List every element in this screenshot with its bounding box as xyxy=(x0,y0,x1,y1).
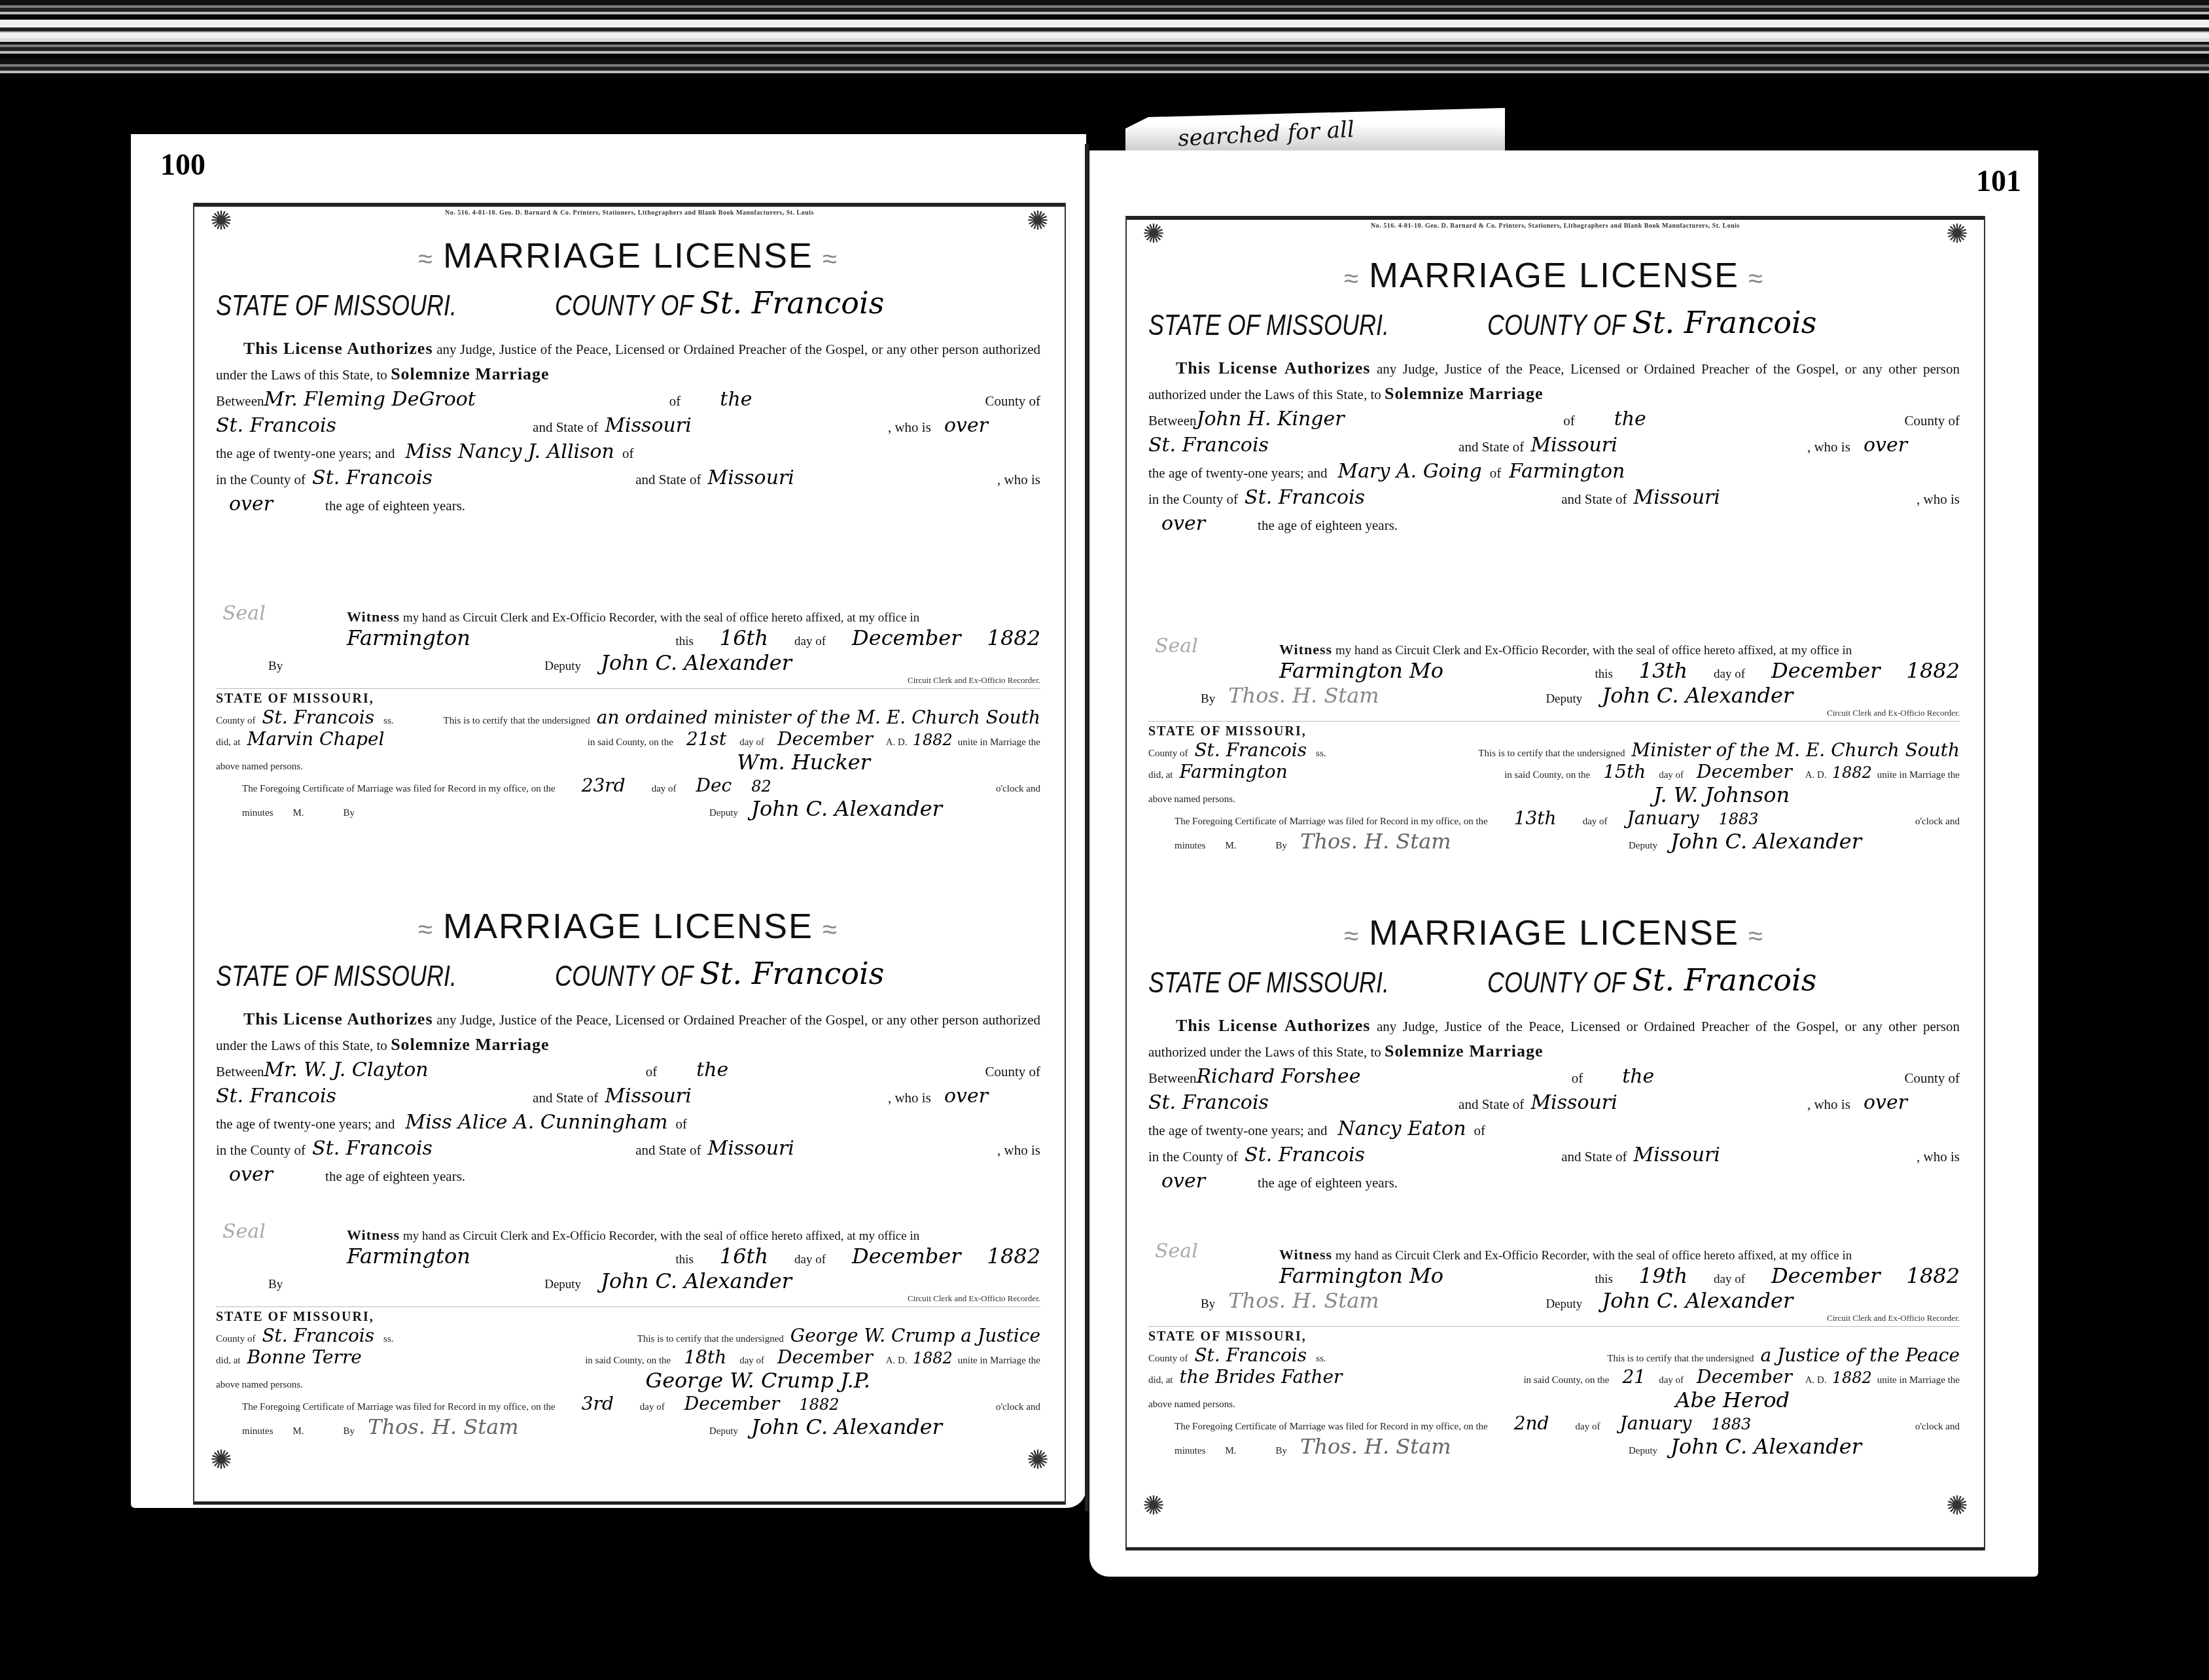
who-is-label: , who is xyxy=(1917,487,1960,512)
bride-age-line: over the age of eighteen years. xyxy=(216,492,1040,518)
state-county-row: STATE OF MISSOURI. COUNTY OF St. Francoi… xyxy=(1148,305,1960,340)
day-of-label: day of xyxy=(794,1253,826,1267)
ad-label: A. D. xyxy=(886,1356,908,1367)
filed-by-signature: Thos. H. Stam xyxy=(1300,1434,1451,1459)
bride-state: Missouri xyxy=(707,466,794,491)
book-gutter xyxy=(1085,144,1089,1511)
form-rule xyxy=(1127,1547,1984,1550)
groom-state: Missouri xyxy=(605,413,691,438)
in-county-of-label: in the County of xyxy=(1148,1144,1238,1169)
license-header-block: ≈MARRIAGE LICENSE≈ STATE OF MISSOURI. CO… xyxy=(1148,913,1960,1195)
filed-month: January xyxy=(1627,807,1699,829)
bride-residence-line: in the County of St. Francois and State … xyxy=(216,1136,1040,1163)
license-title-text: MARRIAGE LICENSE xyxy=(1369,256,1739,295)
filed-signature-line: minutes M. By Thos. H. Stam Deputy John … xyxy=(1148,1434,1960,1459)
clerk-signature: John C. Alexander xyxy=(1602,683,1793,708)
certificate-state: STATE OF MISSOURI, xyxy=(1148,1329,1307,1344)
bride-county: St. Francois xyxy=(312,466,433,491)
authorization-text: This License Authorizes any Judge, Justi… xyxy=(1148,356,1960,538)
authorization-lead: This License Authorizes xyxy=(243,1009,433,1028)
day-of-label: day of xyxy=(1583,816,1608,828)
by-label: By xyxy=(1276,1446,1288,1457)
between-label: Between xyxy=(1148,1066,1196,1091)
age-18-label: the age of eighteen years. xyxy=(325,493,465,518)
of-label: of xyxy=(1474,1118,1485,1143)
day-of-label: day of xyxy=(1659,1375,1684,1386)
age-18-label: the age of eighteen years. xyxy=(325,1164,465,1189)
certificate-line-2: did, at Bonne Terre in said County, on t… xyxy=(216,1346,1040,1368)
license-title: ≈MARRIAGE LICENSE≈ xyxy=(216,236,1040,276)
oclock-label: o'clock and xyxy=(996,1402,1040,1413)
authorization-paragraph: This License Authorizes any Judge, Justi… xyxy=(1148,1013,1960,1064)
deputy-label: Deputy xyxy=(544,659,581,674)
state-label: STATE OF MISSOURI. xyxy=(1148,308,1389,343)
authorization-paragraph: This License Authorizes any Judge, Justi… xyxy=(216,1007,1040,1058)
certify-label: This is to certify that the undersigned xyxy=(1478,748,1625,760)
filed-signature-line: minutes M. By Deputy John C. Alexander xyxy=(216,796,1040,821)
ceremony-day: 21st xyxy=(686,728,726,750)
age-21-label: the age of twenty-one years; and xyxy=(1148,1118,1327,1143)
filed-year: 82 xyxy=(751,777,771,796)
groom-name: Mr. W. J. Clayton xyxy=(264,1058,428,1083)
witness-block: Seal Witness my hand as Circuit Clerk an… xyxy=(216,608,1040,821)
scanner-noise-line xyxy=(0,20,2209,27)
certificate-state: STATE OF MISSOURI, xyxy=(216,691,374,707)
officiant: a Justice of the Peace xyxy=(1760,1344,1960,1366)
bride-age: over xyxy=(1161,512,1205,536)
ad-label: A. D. xyxy=(1805,770,1827,781)
certificate-header: STATE OF MISSOURI, xyxy=(1148,724,1960,739)
cert-county-label: County of xyxy=(1148,1354,1188,1365)
county-value: St. Francois xyxy=(1632,962,1816,998)
authorization-paragraph: This License Authorizes any Judge, Justi… xyxy=(1148,356,1960,407)
printer-imprint: No. 516. 4-81-10. Geo. D. Barnard & Co. … xyxy=(1127,222,1984,230)
m-label: M. xyxy=(293,1426,304,1437)
seal-mark: Seal xyxy=(222,1220,266,1243)
flourish-icon: ≈ xyxy=(1344,922,1360,951)
deputy-signature: Thos. H. Stam xyxy=(1228,683,1379,708)
filed-clerk-signature: John C. Alexander xyxy=(1670,1434,1862,1459)
county-label: COUNTY OF xyxy=(555,289,693,323)
bride-age: over xyxy=(229,492,273,517)
filed-day: 3rd xyxy=(582,1393,614,1414)
above-named-label: above named persons. xyxy=(1148,794,1235,805)
witness-label: Witness xyxy=(347,1227,400,1244)
by-label: By xyxy=(344,808,355,819)
groom-of-value: the xyxy=(1614,407,1646,432)
state-label: STATE OF MISSOURI. xyxy=(216,959,457,994)
page-number-left: 100 xyxy=(160,147,205,182)
unite-label: unite in Marriage the xyxy=(958,1356,1040,1367)
filed-year: 1883 xyxy=(1718,810,1758,828)
witness-day: 19th xyxy=(1639,1263,1688,1288)
day-of-label: day of xyxy=(794,635,826,649)
page-number-right: 101 xyxy=(1976,164,2021,198)
filed-signature-line: minutes M. By Thos. H. Stam Deputy John … xyxy=(216,1414,1040,1439)
certify-label: This is to certify that the undersigned xyxy=(637,1334,784,1345)
scanner-noise-line xyxy=(0,33,2209,38)
divider xyxy=(216,1306,1040,1307)
witness-text: my hand as Circuit Clerk and Ex-Officio … xyxy=(403,1229,919,1244)
cert-county-label: County of xyxy=(216,1334,255,1345)
unite-label: unite in Marriage the xyxy=(1877,1375,1960,1386)
cert-county: St. Francois xyxy=(262,707,374,728)
in-said-county-label: in said County, on the xyxy=(1504,770,1590,781)
witness-block: Seal Witness my hand as Circuit Clerk an… xyxy=(1148,641,1960,854)
who-is-label: , who is xyxy=(1917,1144,1960,1169)
of-label: of xyxy=(669,389,681,413)
license-title-text: MARRIAGE LICENSE xyxy=(443,236,813,275)
foregoing-label: The Foregoing Certificate of Marriage wa… xyxy=(1175,1422,1488,1433)
certificate-line-2: did, at Farmington in said County, on th… xyxy=(1148,761,1960,782)
state-county-row: STATE OF MISSOURI. COUNTY OF St. Francoi… xyxy=(216,956,1040,991)
ceremony-year: 1882 xyxy=(913,731,953,749)
groom-name: Richard Forshee xyxy=(1196,1064,1360,1089)
divider xyxy=(1148,721,1960,722)
groom-name: Mr. Fleming DeGroot xyxy=(264,387,475,412)
witness-line: Witness my hand as Circuit Clerk and Ex-… xyxy=(1148,641,1960,658)
did-at-label: did, at xyxy=(1148,1375,1173,1386)
license-title: ≈MARRIAGE LICENSE≈ xyxy=(1148,255,1960,296)
clerk-signature: John C. Alexander xyxy=(601,1269,792,1293)
bride-line: the age of twenty-one years; and Mary A.… xyxy=(1148,459,1960,485)
groom-county: St. Francois xyxy=(1148,1091,1269,1115)
form-rule xyxy=(1127,216,1984,220)
age-18-label: the age of eighteen years. xyxy=(1258,1170,1398,1195)
deputy-label: Deputy xyxy=(1629,841,1657,852)
unite-label: unite in Marriage the xyxy=(958,737,1040,748)
county-of-label: County of xyxy=(1904,1066,1960,1091)
by-label: By xyxy=(1201,692,1215,707)
witness-date-line: Farmington Mo this 19th day of December … xyxy=(1148,1263,1960,1288)
above-named-label: above named persons. xyxy=(216,1380,303,1391)
groom-age: over xyxy=(1864,433,1907,458)
deputy-signature: Thos. H. Stam xyxy=(1228,1288,1379,1313)
filed-by-signature: Thos. H. Stam xyxy=(368,1414,518,1439)
who-is-label: , who is xyxy=(888,1085,931,1110)
day-of-label: day of xyxy=(652,784,677,795)
bride-residence-line: in the County of St. Francois and State … xyxy=(1148,1143,1960,1169)
groom-line: Between Mr. Fleming DeGroot of the Count… xyxy=(216,387,1040,413)
flourish-icon: ≈ xyxy=(418,245,434,273)
seal-mark: Seal xyxy=(1155,635,1198,657)
groom-residence-line: St. Francois and State of Missouri , who… xyxy=(1148,1091,1960,1117)
clerk-signature: John C. Alexander xyxy=(601,650,792,675)
this-label: this xyxy=(1595,667,1612,682)
bride-name: Miss Alice A. Cunningham xyxy=(405,1110,667,1135)
and-state-of-label: and State of xyxy=(1561,1144,1627,1169)
license-record-3: ≈MARRIAGE LICENSE≈ STATE OF MISSOURI. CO… xyxy=(1129,255,1979,896)
cert-county-label: County of xyxy=(216,716,255,727)
license-title: ≈MARRIAGE LICENSE≈ xyxy=(216,906,1040,947)
authorization-text: This License Authorizes any Judge, Justi… xyxy=(216,1007,1040,1189)
witness-day: 16th xyxy=(720,625,768,650)
filed-day: 2nd xyxy=(1514,1412,1549,1434)
ad-label: A. D. xyxy=(1805,1375,1827,1386)
filed-clerk-signature: John C. Alexander xyxy=(751,1414,942,1439)
ceremony-place: the Brides Father xyxy=(1180,1366,1343,1388)
witness-text: my hand as Circuit Clerk and Ex-Officio … xyxy=(403,611,919,625)
license-record-4: ≈MARRIAGE LICENSE≈ STATE OF MISSOURI. CO… xyxy=(1129,913,1979,1534)
certificate-line-3: above named persons. Wm. Hucker xyxy=(216,750,1040,775)
filed-year: 1882 xyxy=(799,1395,839,1414)
bride-name: Nancy Eaton xyxy=(1337,1117,1466,1142)
deputy-label: Deputy xyxy=(709,1426,738,1437)
age-21-label: the age of twenty-one years; and xyxy=(216,1111,395,1136)
witness-date-line: Farmington this 16th day of December 188… xyxy=(216,1244,1040,1269)
who-is-label: , who is xyxy=(1807,434,1850,459)
day-of-label: day of xyxy=(739,1356,764,1367)
ceremony-year: 1882 xyxy=(1832,1369,1872,1387)
witness-line: Witness my hand as Circuit Clerk and Ex-… xyxy=(1148,1246,1960,1263)
and-state-of-label: and State of xyxy=(635,1138,701,1163)
and-state-of-label: and State of xyxy=(533,1085,598,1110)
authorization-lead: This License Authorizes xyxy=(243,339,433,358)
minutes-label: minutes xyxy=(242,1426,274,1437)
filed-month: Dec xyxy=(696,775,732,796)
who-is-label: , who is xyxy=(997,467,1040,492)
of-label: of xyxy=(1563,408,1575,433)
clerk-title-line: Circuit Clerk and Ex-Officio Recorder. xyxy=(216,675,1040,686)
groom-state: Missouri xyxy=(1530,1091,1617,1115)
clerk-title: Circuit Clerk and Ex-Officio Recorder. xyxy=(908,1293,1040,1304)
by-label: By xyxy=(1201,1297,1215,1312)
certificate-line-1: County of St. Francois ss. This is to ce… xyxy=(216,1325,1040,1346)
flourish-icon: ≈ xyxy=(1748,264,1764,293)
and-state-of-label: and State of xyxy=(1458,1092,1524,1117)
bride-residence-line: in the County of St. Francois and State … xyxy=(1148,485,1960,512)
authorization-paragraph: This License Authorizes any Judge, Justi… xyxy=(216,336,1040,387)
age-21-label: the age of twenty-one years; and xyxy=(1148,461,1327,485)
day-of-label: day of xyxy=(1714,1272,1745,1287)
officiant-signature: Wm. Hucker xyxy=(737,750,870,775)
ceremony-year: 1882 xyxy=(1832,763,1872,782)
filed-clerk-signature: John C. Alexander xyxy=(751,796,942,821)
certify-label: This is to certify that the undersigned xyxy=(1607,1354,1754,1365)
and-state-of-label: and State of xyxy=(635,467,701,492)
clerk-title: Circuit Clerk and Ex-Officio Recorder. xyxy=(908,675,1040,686)
clerk-signature: John C. Alexander xyxy=(1602,1288,1793,1313)
oclock-label: o'clock and xyxy=(996,784,1040,795)
groom-line: Between John H. Kinger of the County of xyxy=(1148,407,1960,433)
witness-label: Witness xyxy=(1279,1246,1332,1263)
minutes-label: minutes xyxy=(1175,1446,1206,1457)
witness-place: Farmington xyxy=(347,625,470,650)
minutes-label: minutes xyxy=(242,808,274,819)
bride-age-line: over the age of eighteen years. xyxy=(1148,1169,1960,1195)
day-of-label: day of xyxy=(739,737,764,748)
officiant-signature: J. W. Johnson xyxy=(1653,782,1790,807)
day-of-label: day of xyxy=(1576,1422,1600,1433)
groom-county: St. Francois xyxy=(216,1084,336,1109)
ceremony-month: December xyxy=(1697,761,1792,782)
ad-label: A. D. xyxy=(886,737,908,748)
by-label: By xyxy=(344,1426,355,1437)
license-title: ≈MARRIAGE LICENSE≈ xyxy=(1148,913,1960,953)
cert-county-label: County of xyxy=(1148,748,1188,760)
above-named-label: above named persons. xyxy=(216,761,303,773)
deputy-label: Deputy xyxy=(1546,1297,1582,1312)
witness-day: 16th xyxy=(720,1244,768,1269)
filed-clerk-signature: John C. Alexander xyxy=(1670,829,1862,854)
certificate-header: STATE OF MISSOURI, xyxy=(1148,1329,1960,1344)
witness-year: 1882 xyxy=(987,1244,1040,1269)
did-at-label: did, at xyxy=(1148,770,1173,781)
deputy-label: Deputy xyxy=(709,808,738,819)
ceremony-month: December xyxy=(777,1346,873,1368)
witness-month: December xyxy=(1771,658,1881,683)
flourish-icon: ≈ xyxy=(822,245,838,273)
officiant: George W. Crump a Justice xyxy=(790,1325,1040,1346)
solemnize-label: Solemnize Marriage xyxy=(1385,384,1544,403)
day-of-label: day of xyxy=(1714,667,1745,682)
witness-place: Farmington Mo xyxy=(1279,658,1443,683)
authorization-lead: This License Authorizes xyxy=(1176,359,1370,377)
witness-place: Farmington xyxy=(347,1244,470,1269)
certificate-line-2: did, at the Brides Father in said County… xyxy=(1148,1366,1960,1388)
county-value: St. Francois xyxy=(699,285,884,321)
groom-state: Missouri xyxy=(1530,433,1617,458)
ceremony-year: 1882 xyxy=(913,1349,953,1367)
officiant: an ordained minister of the M. E. Church… xyxy=(597,707,1040,728)
by-label: By xyxy=(268,659,283,674)
in-county-of-label: in the County of xyxy=(1148,487,1238,512)
groom-name: John H. Kinger xyxy=(1196,407,1344,432)
certificate-line-3: above named persons. George W. Crump J.P… xyxy=(216,1368,1040,1393)
did-at-label: did, at xyxy=(216,737,241,748)
authorization-lead: This License Authorizes xyxy=(1176,1016,1370,1035)
of-label: of xyxy=(676,1111,688,1136)
filed-day: 23rd xyxy=(582,775,626,796)
certificate-line-1: County of St. Francois ss. This is to ce… xyxy=(1148,739,1960,761)
divider xyxy=(1148,1326,1960,1327)
and-state-of-label: and State of xyxy=(533,415,598,440)
license-header-block: ≈MARRIAGE LICENSE≈ STATE OF MISSOURI. CO… xyxy=(216,906,1040,1189)
deputy-label: Deputy xyxy=(1546,692,1582,707)
witness-label: Witness xyxy=(347,608,400,625)
certificate-line-1: County of St. Francois ss. This is to ce… xyxy=(1148,1344,1960,1366)
between-label: Between xyxy=(216,1059,264,1084)
certificate-state: STATE OF MISSOURI, xyxy=(216,1310,374,1325)
clerk-signature-line: By Deputy John C. Alexander xyxy=(216,650,1040,675)
witness-line: Witness my hand as Circuit Clerk and Ex-… xyxy=(216,1227,1040,1244)
groom-residence-line: St. Francois and State of Missouri , who… xyxy=(216,413,1040,440)
state-county-row: STATE OF MISSOURI. COUNTY OF St. Francoi… xyxy=(216,285,1040,321)
clerk-title: Circuit Clerk and Ex-Officio Recorder. xyxy=(1827,1313,1960,1323)
bride-state: Missouri xyxy=(1633,485,1720,510)
bride-age: over xyxy=(1161,1169,1205,1194)
scanner-noise-line xyxy=(0,38,2209,42)
m-label: M. xyxy=(1226,1446,1237,1457)
divider xyxy=(216,688,1040,689)
groom-state: Missouri xyxy=(605,1084,691,1109)
groom-residence-line: St. Francois and State of Missouri , who… xyxy=(1148,433,1960,459)
county-of-label: County of xyxy=(985,389,1040,413)
groom-residence-line: St. Francois and State of Missouri , who… xyxy=(216,1084,1040,1110)
certificate-state: STATE OF MISSOURI, xyxy=(1148,724,1307,739)
bride-age-line: over the age of eighteen years. xyxy=(1148,512,1960,538)
deputy-label: Deputy xyxy=(1629,1446,1657,1457)
witness-text: my hand as Circuit Clerk and Ex-Officio … xyxy=(1335,644,1852,658)
witness-block: Seal Witness my hand as Circuit Clerk an… xyxy=(216,1227,1040,1439)
certificate-line-1: County of St. Francois ss. This is to ce… xyxy=(216,707,1040,728)
age-18-label: the age of eighteen years. xyxy=(1258,513,1398,538)
ceremony-month: December xyxy=(1697,1366,1792,1388)
ss-label: ss. xyxy=(1316,1354,1326,1365)
groom-of-value: the xyxy=(1622,1064,1654,1089)
witness-label: Witness xyxy=(1279,641,1332,658)
clerk-signature-line: By Deputy John C. Alexander xyxy=(216,1269,1040,1293)
bride-name: Mary A. Going xyxy=(1337,459,1481,484)
clerk-title-line: Circuit Clerk and Ex-Officio Recorder. xyxy=(216,1293,1040,1304)
license-header-block: ≈MARRIAGE LICENSE≈ STATE OF MISSOURI. CO… xyxy=(216,236,1040,518)
ceremony-month: December xyxy=(777,728,873,750)
day-of-label: day of xyxy=(640,1402,665,1413)
officiant: Minister of the M. E. Church South xyxy=(1631,739,1960,761)
bride-state: Missouri xyxy=(1633,1143,1720,1168)
foregoing-label: The Foregoing Certificate of Marriage wa… xyxy=(1175,816,1488,828)
authorization-text: This License Authorizes any Judge, Justi… xyxy=(216,336,1040,518)
witness-day: 13th xyxy=(1639,658,1688,683)
printer-imprint: No. 516. 4-81-10. Geo. D. Barnard & Co. … xyxy=(194,209,1065,217)
bride-line: the age of twenty-one years; and Nancy E… xyxy=(1148,1117,1960,1143)
form-rule xyxy=(194,1501,1065,1505)
certificate-header: STATE OF MISSOURI, xyxy=(216,691,1040,707)
oclock-label: o'clock and xyxy=(1915,1422,1960,1433)
ss-label: ss. xyxy=(1316,748,1326,760)
ceremony-place: Bonne Terre xyxy=(247,1346,362,1368)
county-of-label: County of xyxy=(985,1059,1040,1084)
minutes-label: minutes xyxy=(1175,841,1206,852)
clerk-title: Circuit Clerk and Ex-Officio Recorder. xyxy=(1827,708,1960,718)
flourish-icon: ≈ xyxy=(1748,922,1764,951)
bride-line: the age of twenty-one years; and Miss Al… xyxy=(216,1110,1040,1136)
deputy-label: Deputy xyxy=(544,1278,581,1292)
filed-line: The Foregoing Certificate of Marriage wa… xyxy=(1148,1412,1960,1434)
above-named-label: above named persons. xyxy=(1148,1399,1235,1410)
witness-block: Seal Witness my hand as Circuit Clerk an… xyxy=(1148,1246,1960,1459)
ss-label: ss. xyxy=(383,1334,393,1345)
in-said-county-label: in said County, on the xyxy=(585,1356,671,1367)
groom-line: Between Mr. W. J. Clayton of the County … xyxy=(216,1058,1040,1084)
clerk-title-line: Circuit Clerk and Ex-Officio Recorder. xyxy=(1148,1313,1960,1323)
filed-day: 13th xyxy=(1514,807,1557,829)
this-label: this xyxy=(675,635,693,649)
solemnize-label: Solemnize Marriage xyxy=(1385,1041,1544,1060)
clerk-title-line: Circuit Clerk and Ex-Officio Recorder. xyxy=(1148,708,1960,718)
bride-state: Missouri xyxy=(707,1136,794,1161)
oclock-label: o'clock and xyxy=(1915,816,1960,828)
foregoing-label: The Foregoing Certificate of Marriage wa… xyxy=(242,784,556,795)
filed-by-signature: Thos. H. Stam xyxy=(1300,829,1451,854)
by-label: By xyxy=(1276,841,1288,852)
and-state-of-label: and State of xyxy=(1561,487,1627,512)
foregoing-label: The Foregoing Certificate of Marriage wa… xyxy=(242,1402,556,1413)
bride-name: Miss Nancy J. Allison xyxy=(405,440,614,464)
margin-mark: > xyxy=(139,1443,154,1473)
m-label: M. xyxy=(1226,841,1237,852)
groom-age: over xyxy=(944,1084,988,1109)
in-county-of-label: in the County of xyxy=(216,467,306,492)
state-label: STATE OF MISSOURI. xyxy=(216,289,457,323)
this-label: this xyxy=(675,1253,693,1267)
groom-county: St. Francois xyxy=(216,413,336,438)
officiant-signature: Abe Herod xyxy=(1675,1388,1790,1412)
flourish-icon: ≈ xyxy=(418,915,434,944)
in-county-of-label: in the County of xyxy=(216,1138,306,1163)
license-record-2: ≈MARRIAGE LICENSE≈ STATE OF MISSOURI. CO… xyxy=(196,906,1060,1495)
ceremony-day: 21 xyxy=(1623,1366,1646,1388)
